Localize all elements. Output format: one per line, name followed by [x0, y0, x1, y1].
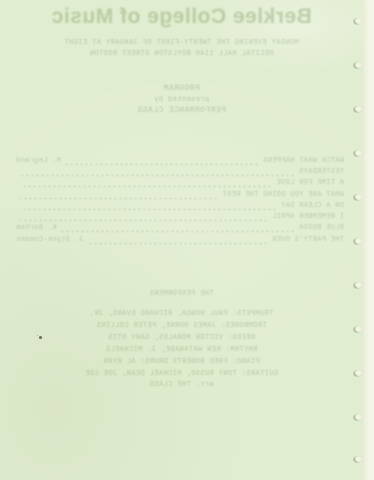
punch-hole: [355, 238, 362, 244]
performer-line: TROMBONES: JAMES HORNE, PETER COLLINS: [0, 322, 363, 330]
performer-line: TRUMPETS: PAUL HONDA, RICHARD EVANS, JR.: [0, 310, 363, 318]
dot-leader: [61, 230, 295, 233]
program-row: ON A CLEAR DAY: [16, 202, 344, 210]
performer-line: arr. THE CLASS: [0, 381, 363, 389]
performer-line: REEDS: VICTOR MORALES, GARY OTIS: [0, 334, 363, 342]
song-title: YESTERDAYS: [299, 168, 344, 176]
composer: M. Legrand: [16, 157, 61, 165]
song-title: WHAT ARE YOU DOING THE REST: [222, 191, 344, 199]
dot-leader: [65, 163, 259, 166]
dust-speck: [39, 336, 42, 339]
bleedthrough-layer: Berklee College of Music MONDAY EVENING …: [0, 0, 363, 480]
program-row: THE PARTY'S OVER J. Styne-Comden: [16, 236, 344, 244]
punch-hole: [355, 414, 362, 420]
program-row: BLUE BOSSA K. Dorham: [16, 224, 344, 232]
program-row: WATCH WHAT HAPPENS M. Legrand: [16, 157, 344, 165]
scanner-edge-strip: [363, 0, 374, 480]
punch-hole: [355, 194, 362, 200]
punch-hole: [355, 18, 362, 24]
dot-leader: [88, 242, 268, 245]
punch-hole: [355, 456, 362, 462]
composer: J. Styne-Comden: [16, 236, 84, 244]
performer-line: RHYTHM: KEN WATANABE, J. MICHAELS: [0, 346, 363, 354]
punch-hole: [355, 282, 362, 288]
program-row: I REMEMBER APRIL: [16, 213, 344, 221]
punch-hole: [355, 106, 362, 112]
punch-hole: [355, 150, 362, 156]
punch-hole: [355, 62, 362, 68]
document-page: Berklee College of Music MONDAY EVENING …: [0, 0, 363, 480]
program-heading: PROGRAM: [0, 84, 363, 93]
performers-heading: THE PERFORMERS: [0, 290, 363, 298]
punch-hole: [355, 370, 362, 376]
program-subheading: presented by: [0, 96, 363, 104]
program-row: YESTERDAYS: [16, 168, 344, 176]
dot-leader: [20, 185, 272, 188]
performer-line: PIANO: FRED ROBERTS DRUMS: AL RYAN: [0, 358, 363, 366]
college-title-bleedthrough: Berklee College of Music: [0, 5, 363, 29]
scanned-document: Berklee College of Music MONDAY EVENING …: [0, 0, 374, 480]
performer-line: GUITARS: TONY RUSSO, MICHAEL DEAN, JOE C…: [0, 370, 363, 378]
subtitle-line-1: MONDAY EVENING THE TWENTY-FIRST OF JANUA…: [0, 39, 363, 47]
composer: K. Dorham: [16, 224, 57, 232]
subtitle-line-2: RECITAL HALL 1140 BOYLSTON STREET BOSTON: [0, 50, 363, 58]
dot-leader: [20, 197, 218, 200]
song-title: I REMEMBER APRIL: [272, 213, 344, 221]
dot-leader: [20, 208, 277, 211]
song-title: WATCH WHAT HAPPENS: [263, 157, 344, 165]
song-title: ON A CLEAR DAY: [281, 202, 344, 210]
dot-leader: [20, 174, 295, 177]
punch-hole: [355, 326, 362, 332]
song-title: A TIME FOR LOVE: [276, 179, 344, 187]
song-title: THE PARTY'S OVER: [272, 236, 344, 244]
program-row: A TIME FOR LOVE: [16, 179, 344, 187]
program-row: WHAT ARE YOU DOING THE REST: [16, 191, 344, 199]
dot-leader: [20, 219, 268, 222]
song-title: BLUE BOSSA: [299, 224, 344, 232]
program-subheading-2: PERFORMANCE CLASS: [0, 106, 363, 115]
